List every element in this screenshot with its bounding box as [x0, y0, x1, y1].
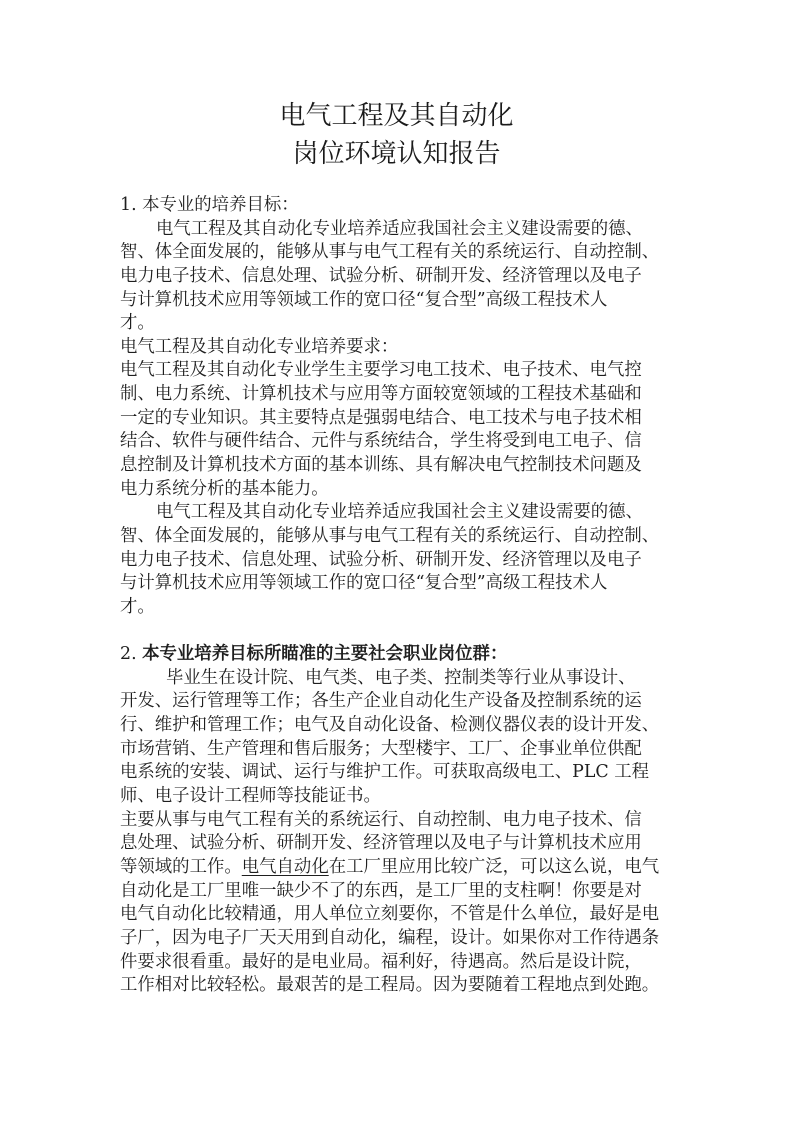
training-goal-paragraph: 电气工程及其自动化专业培养适应我国社会主义建设需要的德、 智、体全面发展的，能够… [120, 218, 680, 336]
paragraph-line: 电气工程及其自动化专业培养适应我国社会主义建设需要的德、 [120, 218, 680, 242]
paragraph-line: 息控制及计算机技术方面的基本训练、具有解决电气控制技术问题及 [120, 454, 680, 478]
paragraph-line: 电气工程及其自动化专业学生主要学习电工技术、电子技术、电气控 [120, 359, 680, 383]
text-span: 等领域的工作。 [120, 857, 242, 877]
paragraph-line: 与计算机技术应用等领域工作的宽口径“复合型”高级工程技术人 [120, 289, 680, 313]
paragraph-line: 毕业生在设计院、电气类、电子类、控制类等行业从事设计、 [120, 667, 680, 691]
work-paragraph: 主要从事与电气工程有关的系统运行、自动控制、电力电子技术、信 息处理、试验分析、… [120, 809, 680, 998]
paragraph-line: 主要从事与电气工程有关的系统运行、自动控制、电力电子技术、信 [120, 809, 680, 833]
paragraph-line: 智、体全面发展的，能够从事与电气工程有关的系统运行、自动控制、 [120, 525, 680, 549]
document-title: 电气工程及其自动化 岗位环境认知报告 [0, 97, 793, 173]
title-line-2: 岗位环境认知报告 [0, 135, 793, 173]
paragraph-line: 结合、软件与硬件结合、元件与系统结合，学生将受到电工电子、信 [120, 430, 680, 454]
paragraph-line: 与计算机技术应用等领域工作的宽口径“复合型”高级工程技术人 [120, 572, 680, 596]
paragraph-line: 电力电子技术、信息处理、试验分析、研制开发、经济管理以及电子 [120, 549, 680, 573]
paragraph-line: 市场营销、生产管理和售后服务；大型楼宇、工厂、企事业单位供配 [120, 738, 680, 762]
section-2-title: 本专业培养目标所瞄准的主要社会职业岗位群： [142, 644, 507, 664]
paragraph-line: 电力电子技术、信息处理、试验分析、研制开发、经济管理以及电子 [120, 265, 680, 289]
paragraph-line: 师、电子设计工程师等技能证书。 [120, 785, 680, 809]
blank-line [120, 620, 680, 644]
paragraph-line: 自动化是工厂里唯一缺少不了的东西，是工厂里的支柱啊！你要是对 [120, 880, 680, 904]
document-page: 电气工程及其自动化 岗位环境认知报告 1. 本专业的培养目标： 电气工程及其自动… [0, 0, 793, 1122]
paragraph-line: 电力系统分析的基本能力。 [120, 478, 680, 502]
title-line-1: 电气工程及其自动化 [0, 97, 793, 135]
document-body: 1. 本专业的培养目标： 电气工程及其自动化专业培养适应我国社会主义建设需要的德… [120, 194, 680, 998]
paragraph-line: 件要求很看重。最好的是电业局。福利好，待遇高。然后是设计院， [120, 951, 680, 975]
graduates-paragraph: 毕业生在设计院、电气类、电子类、控制类等行业从事设计、 开发、运行管理等工作；各… [120, 667, 680, 809]
paragraph-line: 等领域的工作。电气自动化在工厂里应用比较广泛，可以这么说，电气 [120, 856, 680, 880]
paragraph-line: 行、维护和管理工作；电气及自动化设备、检测仪器仪表的设计开发、 [120, 714, 680, 738]
paragraph-line: 才。 [120, 312, 680, 336]
electrical-automation-link[interactable]: 电气自动化 [242, 857, 329, 877]
requirements-paragraph: 电气工程及其自动化专业学生主要学习电工技术、电子技术、电气控 制、电力系统、计算… [120, 359, 680, 501]
paragraph-line: 制、电力系统、计算机技术与应用等方面较宽领域的工程技术基础和 [120, 383, 680, 407]
paragraph-line: 工作相对比较轻松。最艰苦的是工程局。因为要随着工程地点到处跑。 [120, 974, 680, 998]
paragraph-line: 一定的专业知识。其主要特点是强弱电结合、电工技术与电子技术相 [120, 407, 680, 431]
paragraph-line: 电系统的安装、调试、运行与维护工作。可获取高级电工、PLC 工程 [120, 761, 680, 785]
paragraph-line: 开发、运行管理等工作；各生产企业自动化生产设备及控制系统的运 [120, 690, 680, 714]
paragraph-line: 才。 [120, 596, 680, 620]
section-1-heading: 1. 本专业的培养目标： [120, 194, 680, 218]
section-2-number: 2. [120, 644, 142, 664]
requirements-heading: 电气工程及其自动化专业培养要求： [120, 336, 680, 360]
paragraph-line: 电气自动化比较精通，用人单位立刻要你，不管是什么单位，最好是电 [120, 903, 680, 927]
repeated-goal-paragraph: 电气工程及其自动化专业培养适应我国社会主义建设需要的德、 智、体全面发展的，能够… [120, 501, 680, 619]
paragraph-line: 电气工程及其自动化专业培养适应我国社会主义建设需要的德、 [120, 501, 680, 525]
paragraph-line: 息处理、试验分析、研制开发、经济管理以及电子与计算机技术应用 [120, 832, 680, 856]
section-2-heading: 2. 本专业培养目标所瞄准的主要社会职业岗位群： [120, 643, 680, 667]
paragraph-line: 智、体全面发展的，能够从事与电气工程有关的系统运行、自动控制、 [120, 241, 680, 265]
text-span: 在工厂里应用比较广泛，可以这么说，电气 [329, 857, 659, 877]
paragraph-line: 子厂，因为电子厂天天用到自动化，编程，设计。如果你对工作待遇条 [120, 927, 680, 951]
